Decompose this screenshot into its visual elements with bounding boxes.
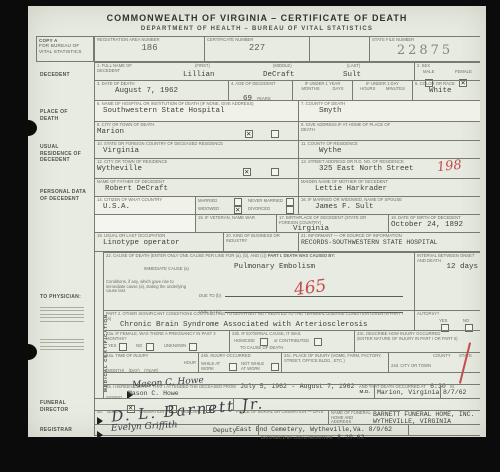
never-married-checkbox [286, 198, 294, 206]
dob-value: October 24, 1892 [391, 221, 478, 229]
immediate-cause-value: Pulmonary Embolism [234, 263, 315, 271]
section-personal-data: PERSONAL DATA OF DECEDENT [40, 189, 86, 202]
funeral-home-label: NAME OF FUNERAL HOME AND ADDRESS [331, 411, 371, 425]
autopsy-label: AUTOPSY? [417, 312, 478, 317]
state-res-value: Virginia [103, 147, 296, 155]
interval-label: INTERVAL BETWEEN ONSET AND DEATH [417, 254, 478, 263]
address-death-label: 9. GIVE ADDRESS IF AT HOME OF PLACE OF D… [301, 123, 391, 132]
certificate-subtitle: DEPARTMENT OF HEALTH – BUREAU OF VITAL S… [28, 26, 486, 32]
first-header: (FIRST) [195, 64, 210, 69]
empty-cell [408, 425, 480, 436]
sex-label: 2. SEX [417, 64, 478, 69]
injury-county-label: COUNTY [433, 354, 451, 359]
pregnancy-unknown-checkbox [189, 343, 197, 351]
funeral-home-name: BARNETT FUNERAL HOME, INC. [373, 411, 474, 418]
days-label: DAYS [332, 87, 343, 92]
registrar-signature-script: Evelyn Griffith [111, 420, 178, 433]
certificate-title: COMMONWEALTH OF VIRGINIA – CERTIFICATE O… [28, 13, 486, 23]
city-residence-row: 12. CITY OR TOWN OF RESIDENCE Wytheville… [94, 158, 480, 178]
deputy-label: Deputy [213, 427, 236, 434]
physician-date-signed: 8/7/62 [443, 389, 478, 396]
part1-label: PART I. DEATH WAS CAUSED BY: [268, 253, 335, 258]
hours-label: HOURS [360, 87, 375, 92]
middle-name: DeCraft [263, 71, 295, 79]
fine-print-lines [40, 336, 84, 353]
section-usual-residence: USUAL RESIDENCE OF DECEDENT [40, 144, 86, 164]
blank-cell [94, 215, 195, 233]
county-res-value: Wythe [319, 147, 478, 155]
county-death-value: Smyth [319, 107, 478, 115]
city-death-row: 8. CITY OR TOWN OF DEATH Marion 9. GIVE … [94, 121, 480, 140]
external-cause-label: 23b. IF EXTERNAL CAUSE, IT WAS: [232, 332, 352, 337]
last-header: (LAST) [347, 64, 360, 69]
married-label: MARRIED [198, 199, 217, 204]
male-label: MALE [423, 70, 434, 75]
physician-address: Marion, Virginia [377, 389, 438, 396]
occupation-value: Linotype operator [103, 239, 221, 247]
while-at-work-checkbox [229, 363, 237, 371]
injury-time-label: 24a. TIME OF INJURY [106, 354, 196, 359]
industry-label: 20. KIND OF BUSINESS OR INDUSTRY [226, 234, 296, 243]
res-limits-no-checkbox [271, 168, 279, 176]
empty-cell [309, 37, 369, 62]
city-death-value: Marion [97, 128, 296, 136]
registration-area-number: 186 [97, 43, 202, 53]
contributed-label: or CONTRIBUTED [274, 339, 309, 344]
state-file-number: 22875 [372, 43, 478, 58]
md-label: M.D. [360, 389, 371, 394]
physician-row: SIGNED Mason C. Howe Mason C. Howe M.D. … [104, 384, 480, 398]
cause-label: 22. CAUSE OF DEATH (ENTER ONLY ONE CAUSE… [106, 253, 267, 258]
section-funeral-director: FUNERAL DIRECTOR [40, 400, 86, 413]
injury-hour: HOUR [184, 361, 196, 366]
divorced-checkbox [286, 206, 294, 214]
not-at-work-checkbox [271, 363, 279, 371]
widowed-label: WIDOWED [198, 207, 219, 212]
parents-row: NAME OF FATHER OF DECEDENT Robert DeCraf… [94, 178, 480, 196]
due-to-b-label: DUE TO (b) [199, 293, 221, 298]
name-row: 1. FULL NAME OF DECEDENT (FIRST) (MIDDLE… [94, 62, 480, 80]
immediate-cause-label: IMMEDIATE CAUSE (a) [144, 267, 189, 272]
hospital-sublabel: (IF NONE, GIVE ADDRESS) [200, 101, 253, 106]
hospital-value: Southwestern State Hospital [103, 107, 296, 115]
autopsy-yes-label: YES [439, 319, 447, 324]
death-date-row: 3. DATE OF DEATH August 7, 1962 4. AGE O… [94, 80, 480, 100]
city-limits-no-checkbox [271, 130, 279, 138]
section-registrar: REGISTRAR [40, 427, 90, 434]
citizen-value: U.S.A. [103, 203, 193, 211]
fine-print-lines [40, 304, 84, 324]
injury-questions-row: 23a. IF FEMALE, WAS THERE A PREGNANCY IN… [104, 330, 480, 352]
signature-arrow-icon [97, 431, 103, 439]
scan-background: COMMONWEALTH OF VIRGINIA – CERTIFICATE O… [0, 0, 500, 472]
hospital-row: 6. NAME OF HOSPITAL OR INSTITUTION OF DE… [94, 100, 480, 121]
antecedent-text: Conditions, if any, which gave rise to i… [106, 280, 194, 294]
middle-header: (MIDDLE) [273, 64, 292, 69]
section-decedent: DECEDENT [40, 72, 70, 79]
state-residence-row: 10. STATE OR FOREIGN COUNTRY OF DECEASED… [94, 140, 480, 158]
last-name: Sult [343, 71, 361, 79]
birth-row: 15. IF VETERAN, NAME WAR 17. BIRTHPLACE … [94, 214, 480, 232]
pregnancy-yes-label: YES [108, 344, 116, 349]
to-cause-label: TO CAUSE OF DEATH [240, 346, 283, 351]
occupation-row: 19. USUAL OR LAST OCCUPATION Linotype op… [94, 232, 480, 252]
date-of-death: August 7, 1962 [115, 87, 226, 95]
punch-hole-icon [19, 344, 37, 360]
first-name: Lillian [183, 71, 215, 79]
months-label: MONTHS [301, 87, 319, 92]
res-limits-yes-checkbox [243, 168, 251, 176]
widowed-checkbox [234, 206, 242, 214]
medical-strip: MEDICAL CERTIFICATION [94, 252, 104, 398]
never-married-label: NEVER MARRIED [248, 199, 283, 204]
copy-box: COPY A FOR BUREAU OF VITAL STATISTICS [36, 36, 94, 62]
registrar-signature-row: Evelyn Griffith Deputy DATE REC'D BY LOC… [94, 424, 480, 436]
injury-place-label: 24c. PLACE OF INJURY (HOME, FARM, FACTOR… [284, 354, 384, 363]
not-at-work-label: NOT WHILE AT WORK [241, 362, 269, 371]
autopsy-no-label: NO [463, 319, 469, 324]
city-res-value: Wytheville [97, 165, 296, 173]
pregnancy-yes-checkbox [119, 343, 127, 351]
father-value: Robert DeCraft [105, 185, 296, 193]
citizen-row: 14. CITIZEN OF WHAT COUNTRY U.S.A. MARRI… [94, 196, 480, 214]
race-value: White [429, 87, 478, 95]
pregnancy-no-checkbox [146, 343, 154, 351]
section-to-physician: TO PHYSICIAN: [40, 294, 86, 301]
veteran-label: 15. IF VETERAN, NAME WAR [198, 216, 268, 221]
contributed-checkbox [314, 338, 322, 346]
full-name-label: 1. FULL NAME OF DECEDENT [97, 64, 133, 73]
city-limits-yes-checkbox [245, 130, 253, 138]
section-place-of-death: PLACE OF DEATH [40, 109, 80, 122]
certificate-paper: COMMONWEALTH OF VIRGINIA – CERTIFICATE O… [28, 6, 486, 437]
registrar-date-value: 8-10-62 [337, 434, 364, 441]
pregnancy-label: 23a. IF FEMALE, WAS THERE A PREGNANCY IN… [106, 332, 224, 341]
part2-value: Chronic Brain Syndrome Associated with A… [120, 321, 412, 329]
copy-line: VITAL STATISTICS [39, 49, 91, 54]
cause-row: 22. CAUSE OF DEATH (ENTER ONLY ONE CAUSE… [104, 252, 480, 278]
injury-city-label: 24d. CITY OR TOWN [391, 363, 431, 368]
part2-label: PART 2. OTHER SIGNIFICANT CONDITIONS CON… [106, 312, 406, 321]
part2-row: PART 2. OTHER SIGNIFICANT CONDITIONS CON… [104, 310, 480, 330]
injury-detail-row: 24a. TIME OF INJURY (MONTH) (DAY) (YEAR)… [104, 352, 480, 372]
mother-value: Lettie Harkrader [315, 185, 478, 193]
number-strip: REGISTRATION AREA NUMBER 186 CERTIFICATE… [94, 36, 480, 62]
how-injury-sublabel: (ENTER NATURE OF INJURY IN PART I OR PAR… [357, 337, 478, 342]
interval-value: 12 days [417, 263, 478, 271]
while-at-work-label: WHILE AT WORK [201, 362, 227, 371]
age-label: 4. AGE OF DECEDENT [231, 82, 290, 87]
antecedent-block: Conditions, if any, which gave rise to i… [104, 278, 414, 310]
hospital-label: 6. NAME OF HOSPITAL OR INSTITUTION OF DE… [97, 101, 199, 106]
physician-name-typed: Mason C. Howe [128, 390, 179, 397]
pregnancy-no-label: NO [136, 344, 142, 349]
certificate-number: 227 [207, 43, 307, 53]
homicide-label: HOMICIDE [234, 339, 255, 344]
red-annotation-198: 198 [436, 158, 462, 176]
punch-hole-icon [19, 120, 37, 136]
divorced-label: DIVORCED [248, 207, 270, 212]
female-label: FEMALE [455, 70, 472, 75]
spouse-value: James F. Sult [315, 203, 478, 211]
pregnancy-unknown-label: UNKNOWN [164, 344, 186, 349]
minutes-label: MINUTES [386, 87, 405, 92]
registrar-date-label: DATE REC'D BY LOCAL REGISTRAR [261, 435, 333, 440]
injury-work-label: 24b. INJURY OCCURRED [201, 354, 279, 359]
informant-value: RECORDS-SOUTHWESTERN STATE HOSPITAL [301, 239, 478, 246]
